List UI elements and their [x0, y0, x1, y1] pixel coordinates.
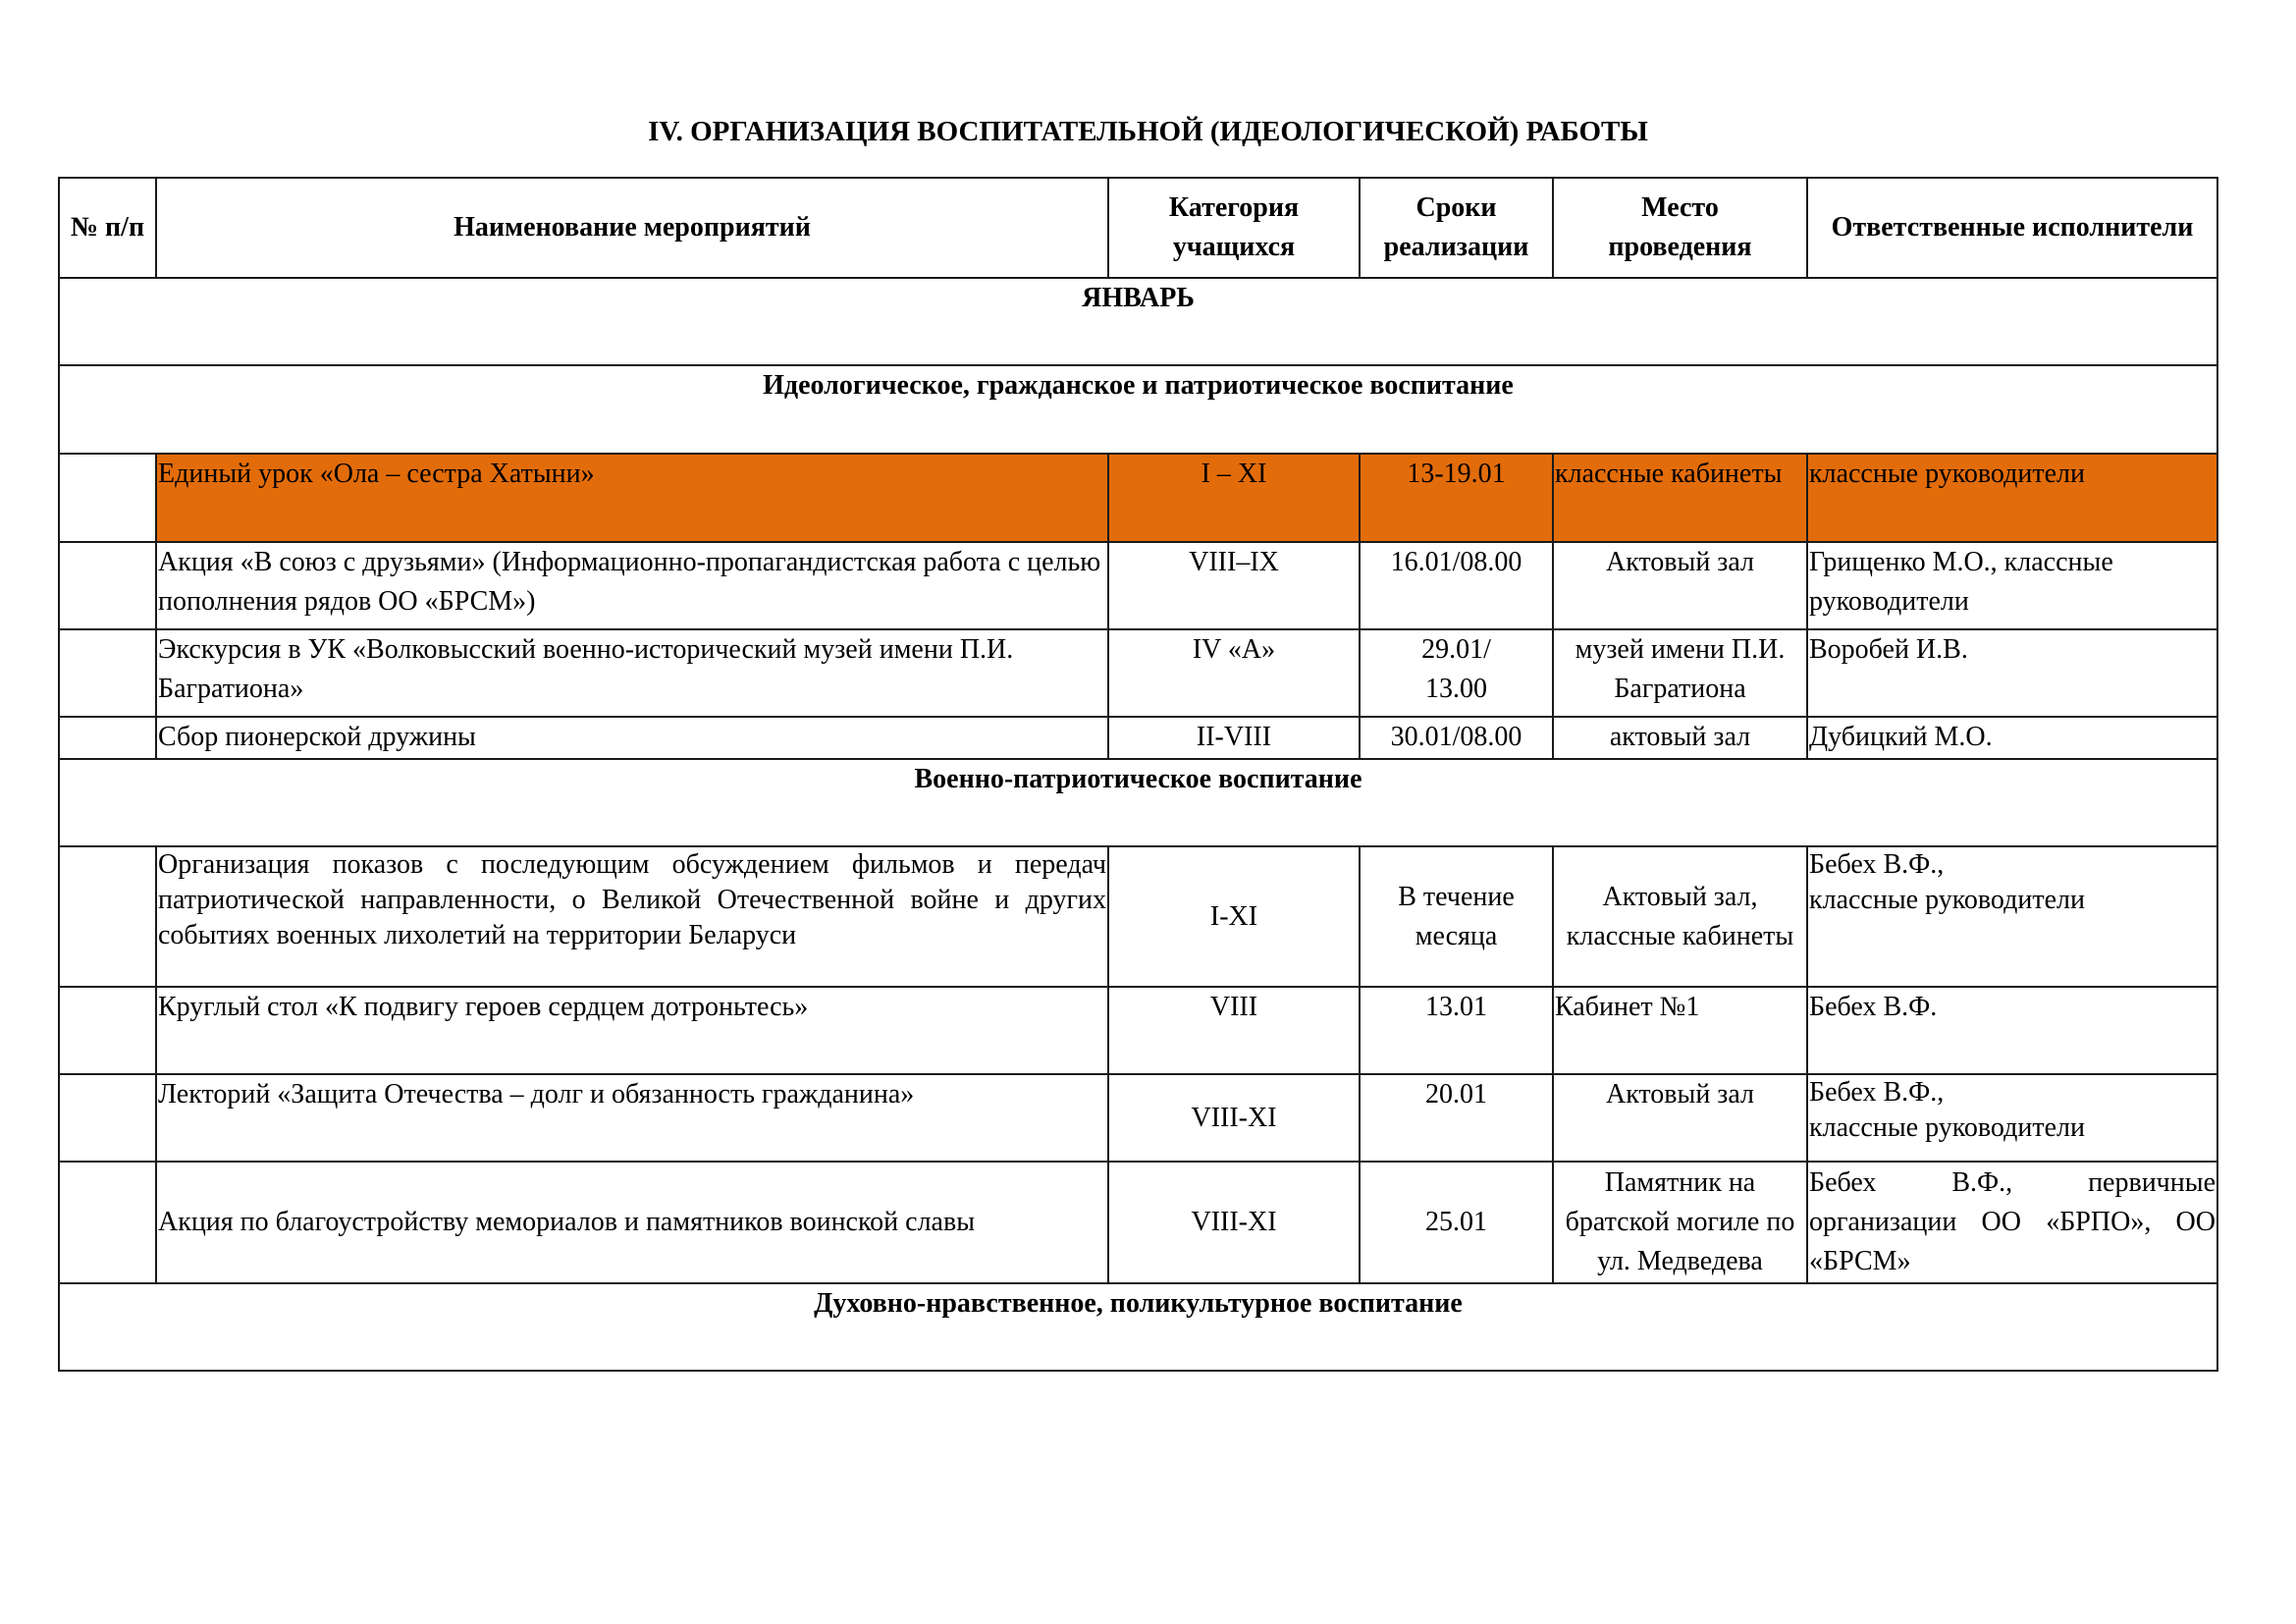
table-row: Сбор пионерской дружины II-VIII 30.01/08… [59, 717, 2217, 759]
header-responsible: Ответственные исполнители [1807, 178, 2217, 278]
row-num [59, 542, 156, 629]
row-num [59, 987, 156, 1074]
header-category: Категория учащихся [1108, 178, 1360, 278]
section-header: Военно-патриотическое воспитание [59, 759, 2217, 846]
table-row: Круглый стол «К подвигу героев сердцем д… [59, 987, 2217, 1074]
row-name: Круглый стол «К подвигу героев сердцем д… [156, 987, 1108, 1074]
row-dates: 16.01/08.00 [1360, 542, 1553, 629]
section-title: Духовно-нравственное, поликультурное вос… [59, 1283, 2217, 1371]
row-name: Акция «В союз с друзьями» (Информационно… [156, 542, 1108, 629]
row-category: VIII–IX [1108, 542, 1360, 629]
table-row: Лекторий «Защита Отечества – долг и обяз… [59, 1074, 2217, 1162]
row-category: VIII-XI [1108, 1074, 1360, 1162]
row-responsible: Бебех В.Ф., классные руководители [1807, 846, 2217, 987]
header-name: Наименование мероприятий [156, 178, 1108, 278]
row-responsible: Воробей И.В. [1807, 629, 2217, 717]
row-category: IV «А» [1108, 629, 1360, 717]
row-place: Памятник на братской могиле по ул. Медве… [1553, 1162, 1807, 1283]
row-category: I-XI [1108, 846, 1360, 987]
row-name: Единый урок «Ола – сестра Хатыни» [156, 454, 1108, 542]
row-num [59, 629, 156, 717]
row-responsible: Бебех В.Ф. [1807, 987, 2217, 1074]
row-name: Организация показов с последующим обсужд… [156, 846, 1108, 987]
month-row: ЯНВАРЬ [59, 278, 2217, 365]
row-category: VIII [1108, 987, 1360, 1074]
row-name: Акция по благоустройству мемориалов и па… [156, 1162, 1108, 1283]
row-dates: В течение месяца [1360, 846, 1553, 987]
table-row: Организация показов с последующим обсужд… [59, 846, 2217, 987]
row-responsible: Дубицкий М.О. [1807, 717, 2217, 759]
row-num [59, 1074, 156, 1162]
row-place: Актовый зал, классные кабинеты [1553, 846, 1807, 987]
row-dates: 20.01 [1360, 1074, 1553, 1162]
table-row: Единый урок «Ола – сестра Хатыни» I – XI… [59, 454, 2217, 542]
header-dates: Сроки реализации [1360, 178, 1553, 278]
document-title: IV. ОРГАНИЗАЦИЯ ВОСПИТАТЕЛЬНОЙ (ИДЕОЛОГИ… [0, 116, 2296, 148]
row-place: Актовый зал [1553, 542, 1807, 629]
row-category: I – XI [1108, 454, 1360, 542]
activities-table: № п/п Наименование мероприятий Категория… [58, 177, 2218, 1372]
section-header: Идеологическое, гражданское и патриотиче… [59, 365, 2217, 454]
table-row: Акция по благоустройству мемориалов и па… [59, 1162, 2217, 1283]
row-num [59, 846, 156, 987]
row-num [59, 1162, 156, 1283]
row-responsible: Бебех В.Ф., классные руководители [1807, 1074, 2217, 1162]
row-name: Сбор пионерской дружины [156, 717, 1108, 759]
row-place: актовый зал [1553, 717, 1807, 759]
row-responsible: Бебех В.Ф., первичные организации ОО «БР… [1807, 1162, 2217, 1283]
row-category: II-VIII [1108, 717, 1360, 759]
section-title: Идеологическое, гражданское и патриотиче… [59, 365, 2217, 454]
row-place: Актовый зал [1553, 1074, 1807, 1162]
row-num [59, 717, 156, 759]
row-dates: 13-19.01 [1360, 454, 1553, 542]
section-header: Духовно-нравственное, поликультурное вос… [59, 1283, 2217, 1371]
table-header-row: № п/п Наименование мероприятий Категория… [59, 178, 2217, 278]
row-responsible: Грищенко М.О., классные руководители [1807, 542, 2217, 629]
table-row: Акция «В союз с друзьями» (Информационно… [59, 542, 2217, 629]
row-name: Экскурсия в УК «Волковысский военно-исто… [156, 629, 1108, 717]
row-place: музей имени П.И. Багратиона [1553, 629, 1807, 717]
row-dates: 29.01/ 13.00 [1360, 629, 1553, 717]
row-dates: 25.01 [1360, 1162, 1553, 1283]
row-place: классные кабинеты [1553, 454, 1807, 542]
row-dates: 30.01/08.00 [1360, 717, 1553, 759]
section-title: Военно-патриотическое воспитание [59, 759, 2217, 846]
table-row: Экскурсия в УК «Волковысский военно-исто… [59, 629, 2217, 717]
row-category: VIII-XI [1108, 1162, 1360, 1283]
header-place: Место проведения [1553, 178, 1807, 278]
header-num: № п/п [59, 178, 156, 278]
row-place: Кабинет №1 [1553, 987, 1807, 1074]
row-num [59, 454, 156, 542]
row-responsible: классные руководители [1807, 454, 2217, 542]
row-name: Лекторий «Защита Отечества – долг и обяз… [156, 1074, 1108, 1162]
row-dates: 13.01 [1360, 987, 1553, 1074]
month-label: ЯНВАРЬ [59, 278, 2217, 365]
